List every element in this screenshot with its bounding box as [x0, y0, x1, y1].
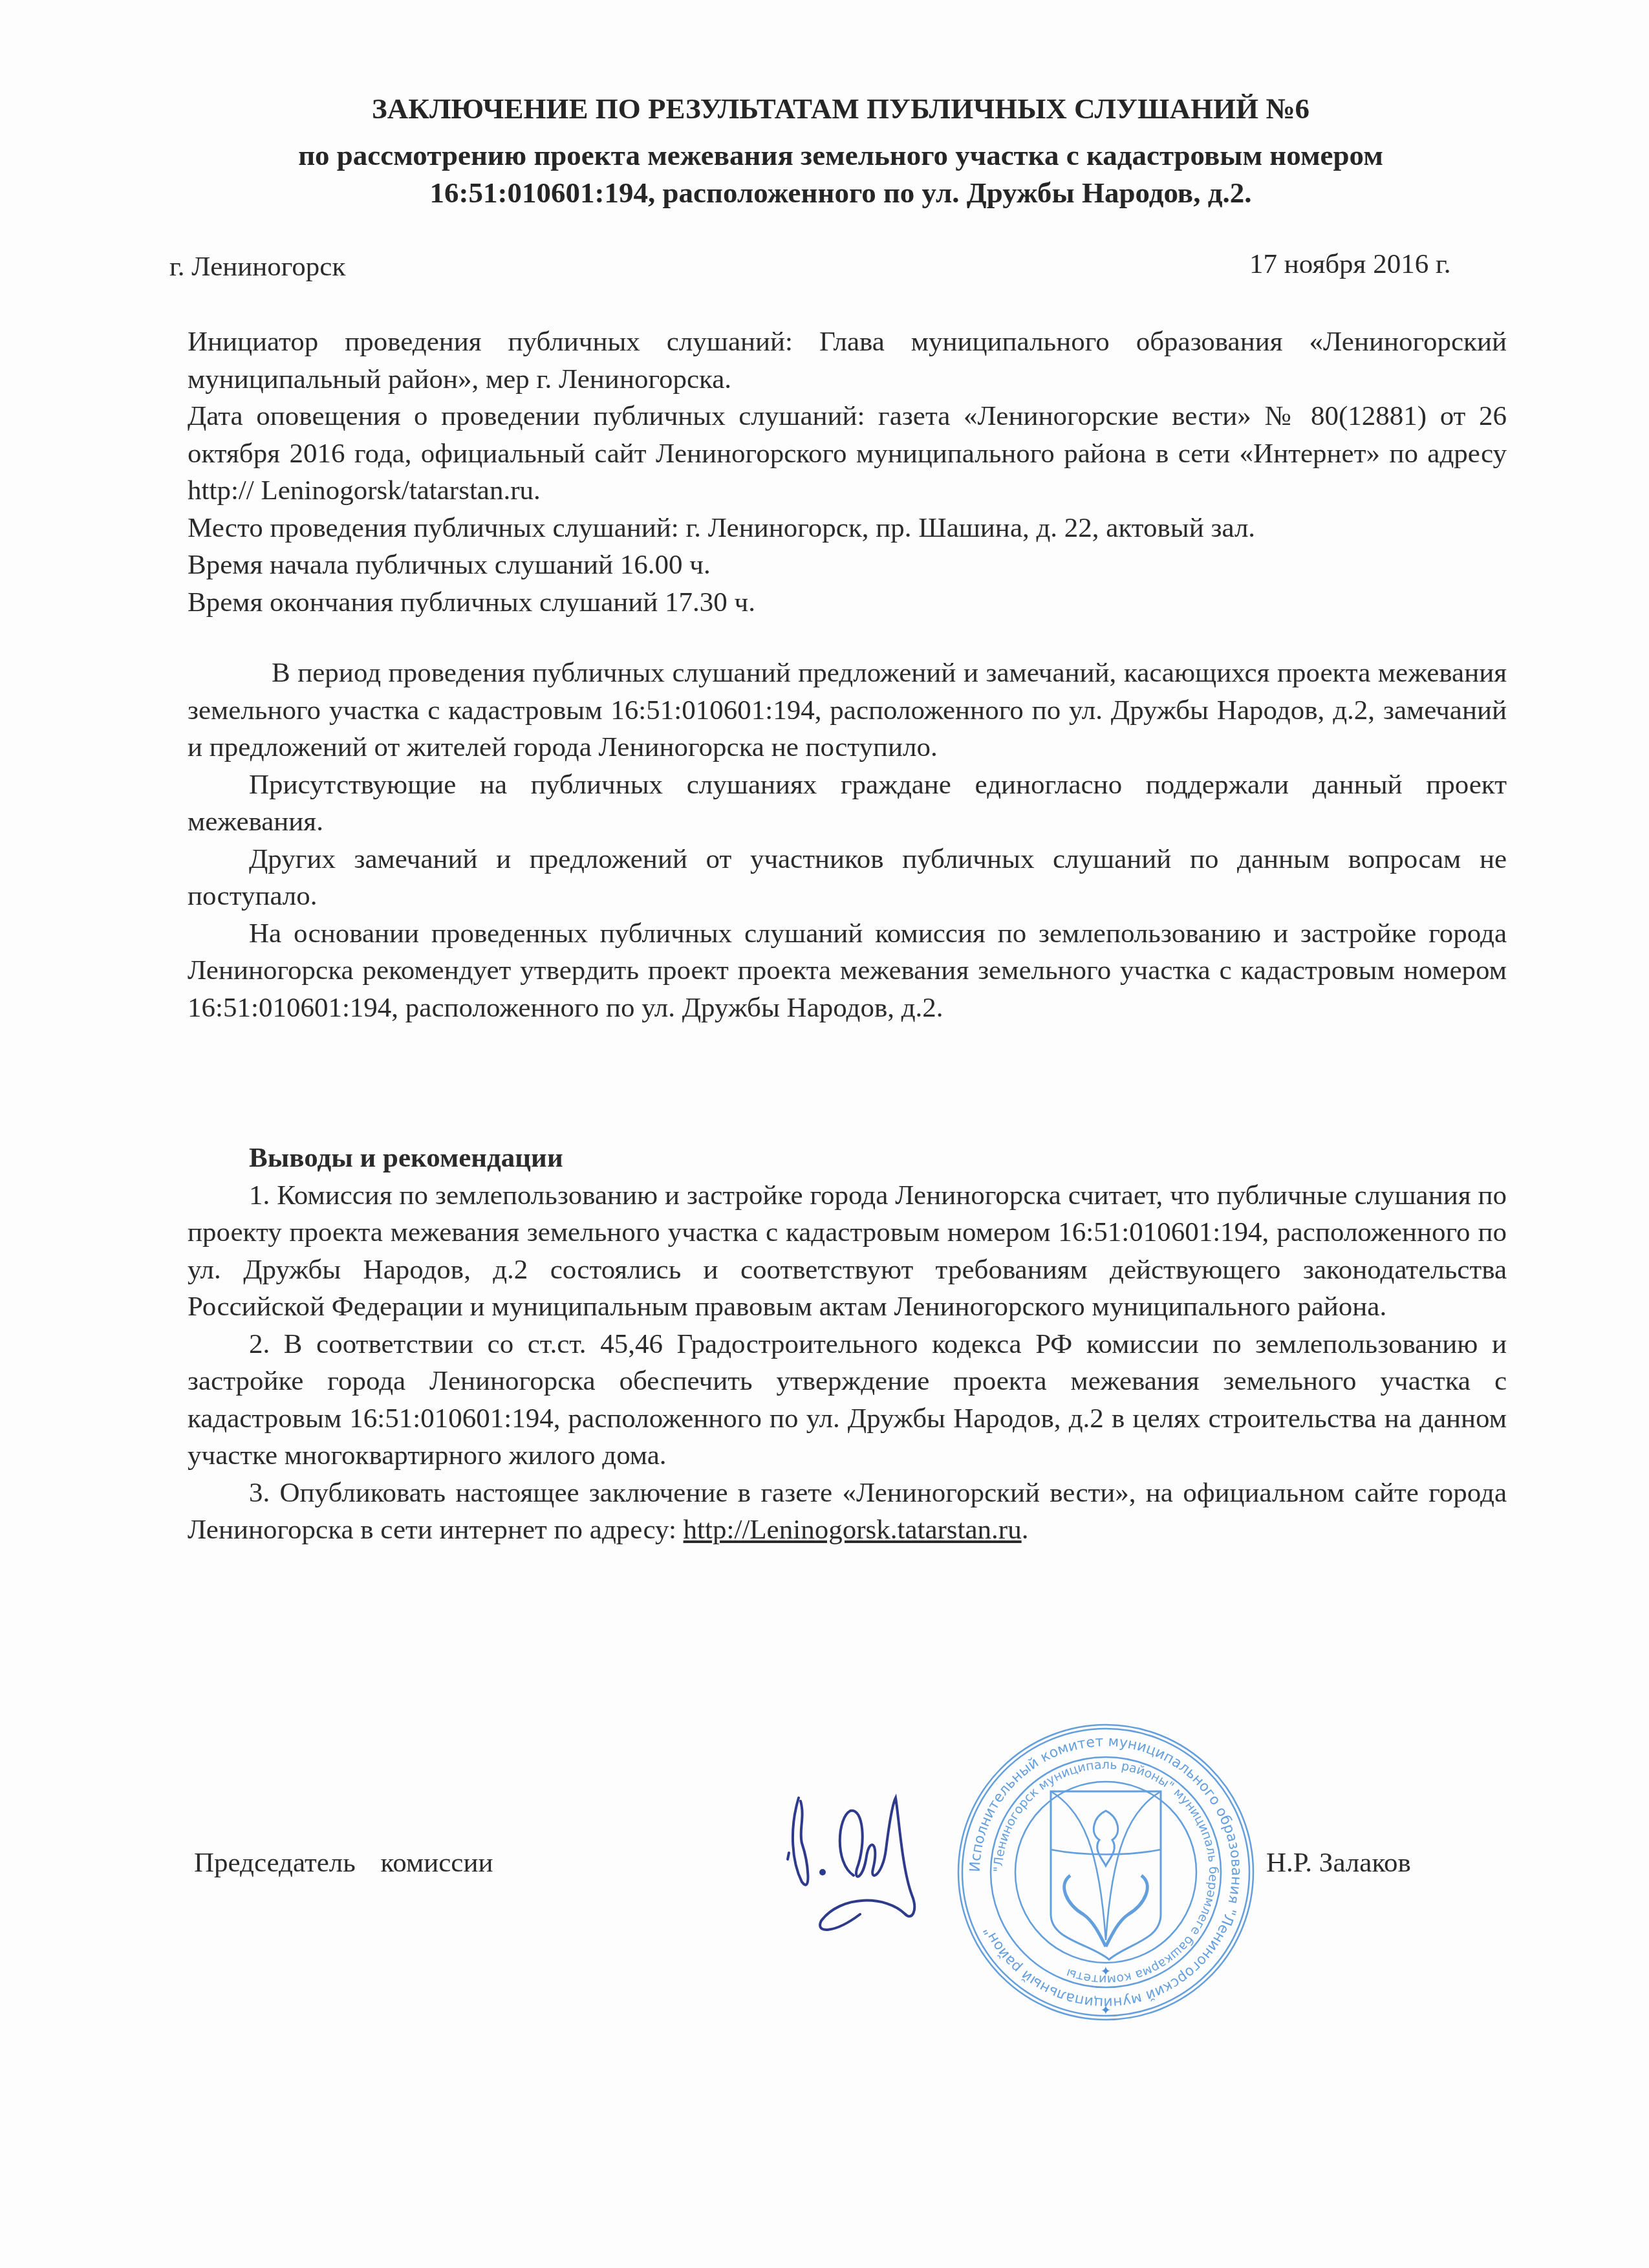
hearing-info: Инициатор проведения публичных слушаний:…: [188, 323, 1507, 621]
end-time-text: Время окончания публичных слушаний 17.30…: [188, 584, 1507, 621]
body-paragraph: На основании проведенных публичных слуша…: [188, 915, 1507, 1027]
recommendation-item: 2. В соответствии со ст.ст. 45,46 Градос…: [188, 1326, 1507, 1474]
place-text: Место проведения публичных слушаний: г. …: [188, 510, 1507, 547]
recommendation-item-3: 3. Опубликовать настоящее заключение в г…: [188, 1474, 1507, 1549]
initiator-text: Инициатор проведения публичных слушаний:…: [188, 323, 1507, 398]
recommendation-item-3-end: .: [1022, 1515, 1029, 1545]
recommendations-heading: Выводы и рекомендации: [188, 1139, 1507, 1177]
chairman-name: Н.Р. Залаков: [1266, 1847, 1411, 1879]
svg-text:✦: ✦: [1101, 1965, 1112, 1979]
document-city: г. Лениногорск: [169, 251, 345, 283]
chairman-label: Председатель комиссии: [194, 1847, 493, 1879]
body-paragraph: В период проведения публичных слушаний п…: [188, 654, 1507, 766]
document-title: ЗАКЛЮЧЕНИЕ ПО РЕЗУЛЬТАТАМ ПУБЛИЧНЫХ СЛУШ…: [162, 91, 1520, 127]
website-link[interactable]: http://Leninogorsk.tatarstan.ru: [684, 1515, 1022, 1545]
start-time-text: Время начала публичных слушаний 16.00 ч.: [188, 546, 1507, 584]
notification-text: Дата оповещения о проведении публичных с…: [188, 398, 1507, 510]
hearing-body: В период проведения публичных слушаний п…: [188, 654, 1507, 1026]
document-page: ЗАКЛЮЧЕНИЕ ПО РЕЗУЛЬТАТАМ ПУБЛИЧНЫХ СЛУШ…: [0, 0, 1649, 2268]
svg-text:✦: ✦: [1101, 2003, 1112, 2018]
document-subtitle-line2: 16:51:010601:194, расположенного по ул. …: [162, 175, 1520, 211]
document-date: 17 ноября 2016 г.: [1249, 248, 1450, 280]
recommendations-section: Выводы и рекомендации 1. Комиссия по зем…: [188, 1139, 1507, 1549]
official-seal-icon: Исполнительный комитет муниципального об…: [954, 1720, 1258, 2024]
recommendation-item: 1. Комиссия по землепользованию и застро…: [188, 1177, 1507, 1326]
document-subtitle-line1: по рассмотрению проекта межевания земель…: [162, 137, 1520, 173]
body-paragraph: Других замечаний и предложений от участн…: [188, 841, 1507, 915]
body-paragraph: Присутствующие на публичных слушаниях гр…: [188, 766, 1507, 841]
